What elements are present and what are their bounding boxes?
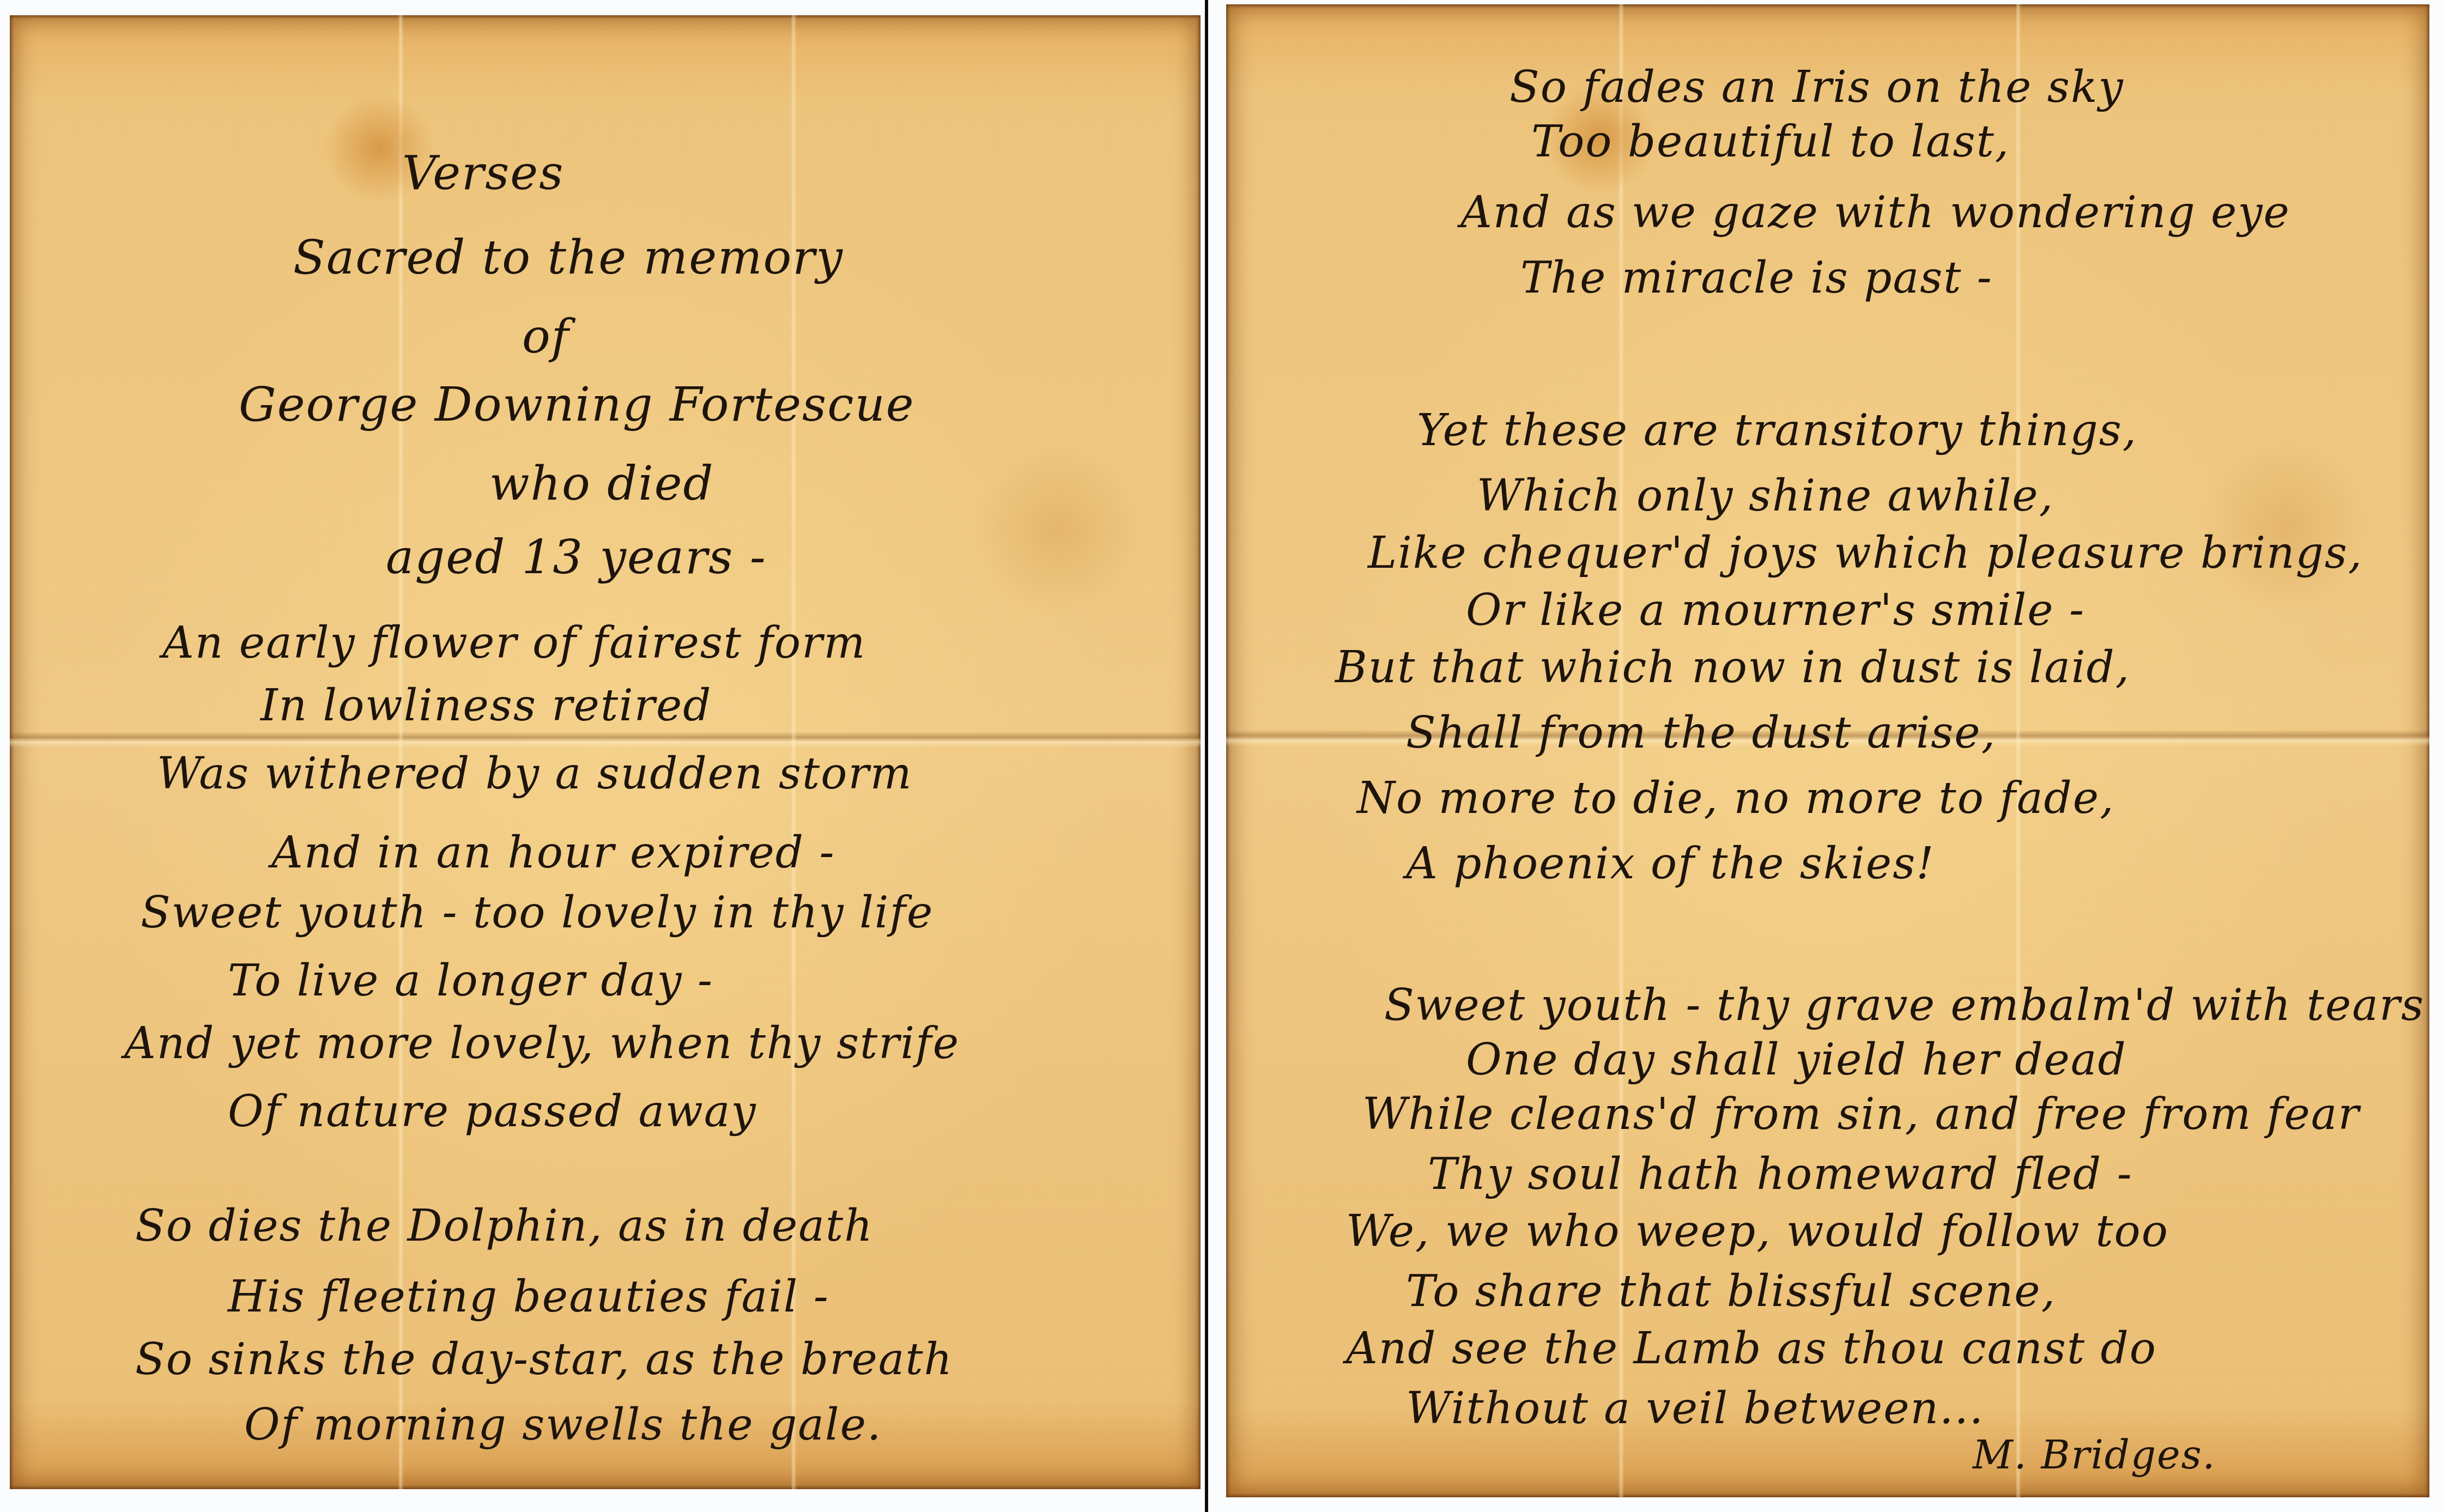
verse-line: Sweet youth - too lovely in thy life	[141, 887, 933, 938]
heading-age: aged 13 years -	[386, 530, 767, 585]
verse-line: We, we who weep, would follow too	[1346, 1206, 2169, 1256]
verse-line: In lowliness retired	[260, 680, 712, 731]
verse-line: Without a veil between...	[1406, 1383, 1984, 1434]
verse-line: The miracle is past -	[1520, 252, 1993, 303]
verse-line: And see the Lamb as thou canst do	[1346, 1323, 2157, 1374]
verse-line: Yet these are transitory things,	[1417, 405, 2137, 456]
verse-line: To share that blissful scene,	[1406, 1266, 2056, 1316]
verse-line: Or like a mourner's smile -	[1466, 585, 2085, 635]
verse-line: Shall from the dust arise,	[1406, 707, 1996, 758]
verse-line: So dies the Dolphin, as in death	[135, 1200, 874, 1251]
verse-line: Of nature passed away	[228, 1086, 757, 1137]
verse-line: Sweet youth - thy grave embalm'd with te…	[1384, 980, 2424, 1030]
verse-line: One day shall yield her dead	[1466, 1034, 2127, 1085]
verse-line: Too beautiful to last,	[1531, 116, 2010, 167]
verse-line: Which only shine awhile,	[1477, 470, 2054, 521]
manuscript-page-left: Verses Sacred to the memory of George Do…	[10, 15, 1201, 1489]
verse-line: And yet more lovely, when thy strife	[124, 1018, 960, 1068]
heading-title: Verses	[402, 146, 564, 201]
verse-line: Like chequer'd joys which pleasure bring…	[1368, 527, 2363, 578]
verse-line: Of morning swells the gale.	[244, 1399, 882, 1450]
verse-line: His fleeting beauties fail -	[228, 1271, 829, 1322]
verse-line: An early flower of fairest form	[162, 617, 866, 668]
verse-line: To live a longer day -	[228, 955, 713, 1006]
verse-line: A phoenix of the skies!	[1406, 838, 1935, 889]
heading-who-died: who died	[489, 457, 714, 511]
verse-line: While cleans'd from sin, and free from f…	[1362, 1089, 2360, 1139]
verse-line: And in an hour expired -	[271, 827, 835, 878]
signature: M. Bridges.	[1973, 1432, 2216, 1478]
verse-line: So sinks the day-star, as the breath	[135, 1334, 953, 1385]
verse-line: So fades an Iris on the sky	[1510, 62, 2124, 112]
verse-line: Was withered by a sudden storm	[157, 748, 912, 799]
verse-line: But that which now in dust is laid,	[1335, 642, 2130, 693]
verse-line: Thy soul hath homeward fled -	[1428, 1149, 2133, 1199]
page-divider	[1205, 0, 1208, 1512]
verse-line: No more to die, no more to fade,	[1357, 773, 2115, 823]
heading-name: George Downing Fortescue	[239, 378, 915, 432]
manuscript-page-right: So fades an Iris on the sky Too beautifu…	[1226, 4, 2429, 1497]
heading-of: of	[522, 309, 570, 364]
heading-dedication: Sacred to the memory	[293, 230, 844, 285]
verse-line: And as we gaze with wondering eye	[1460, 187, 2290, 238]
